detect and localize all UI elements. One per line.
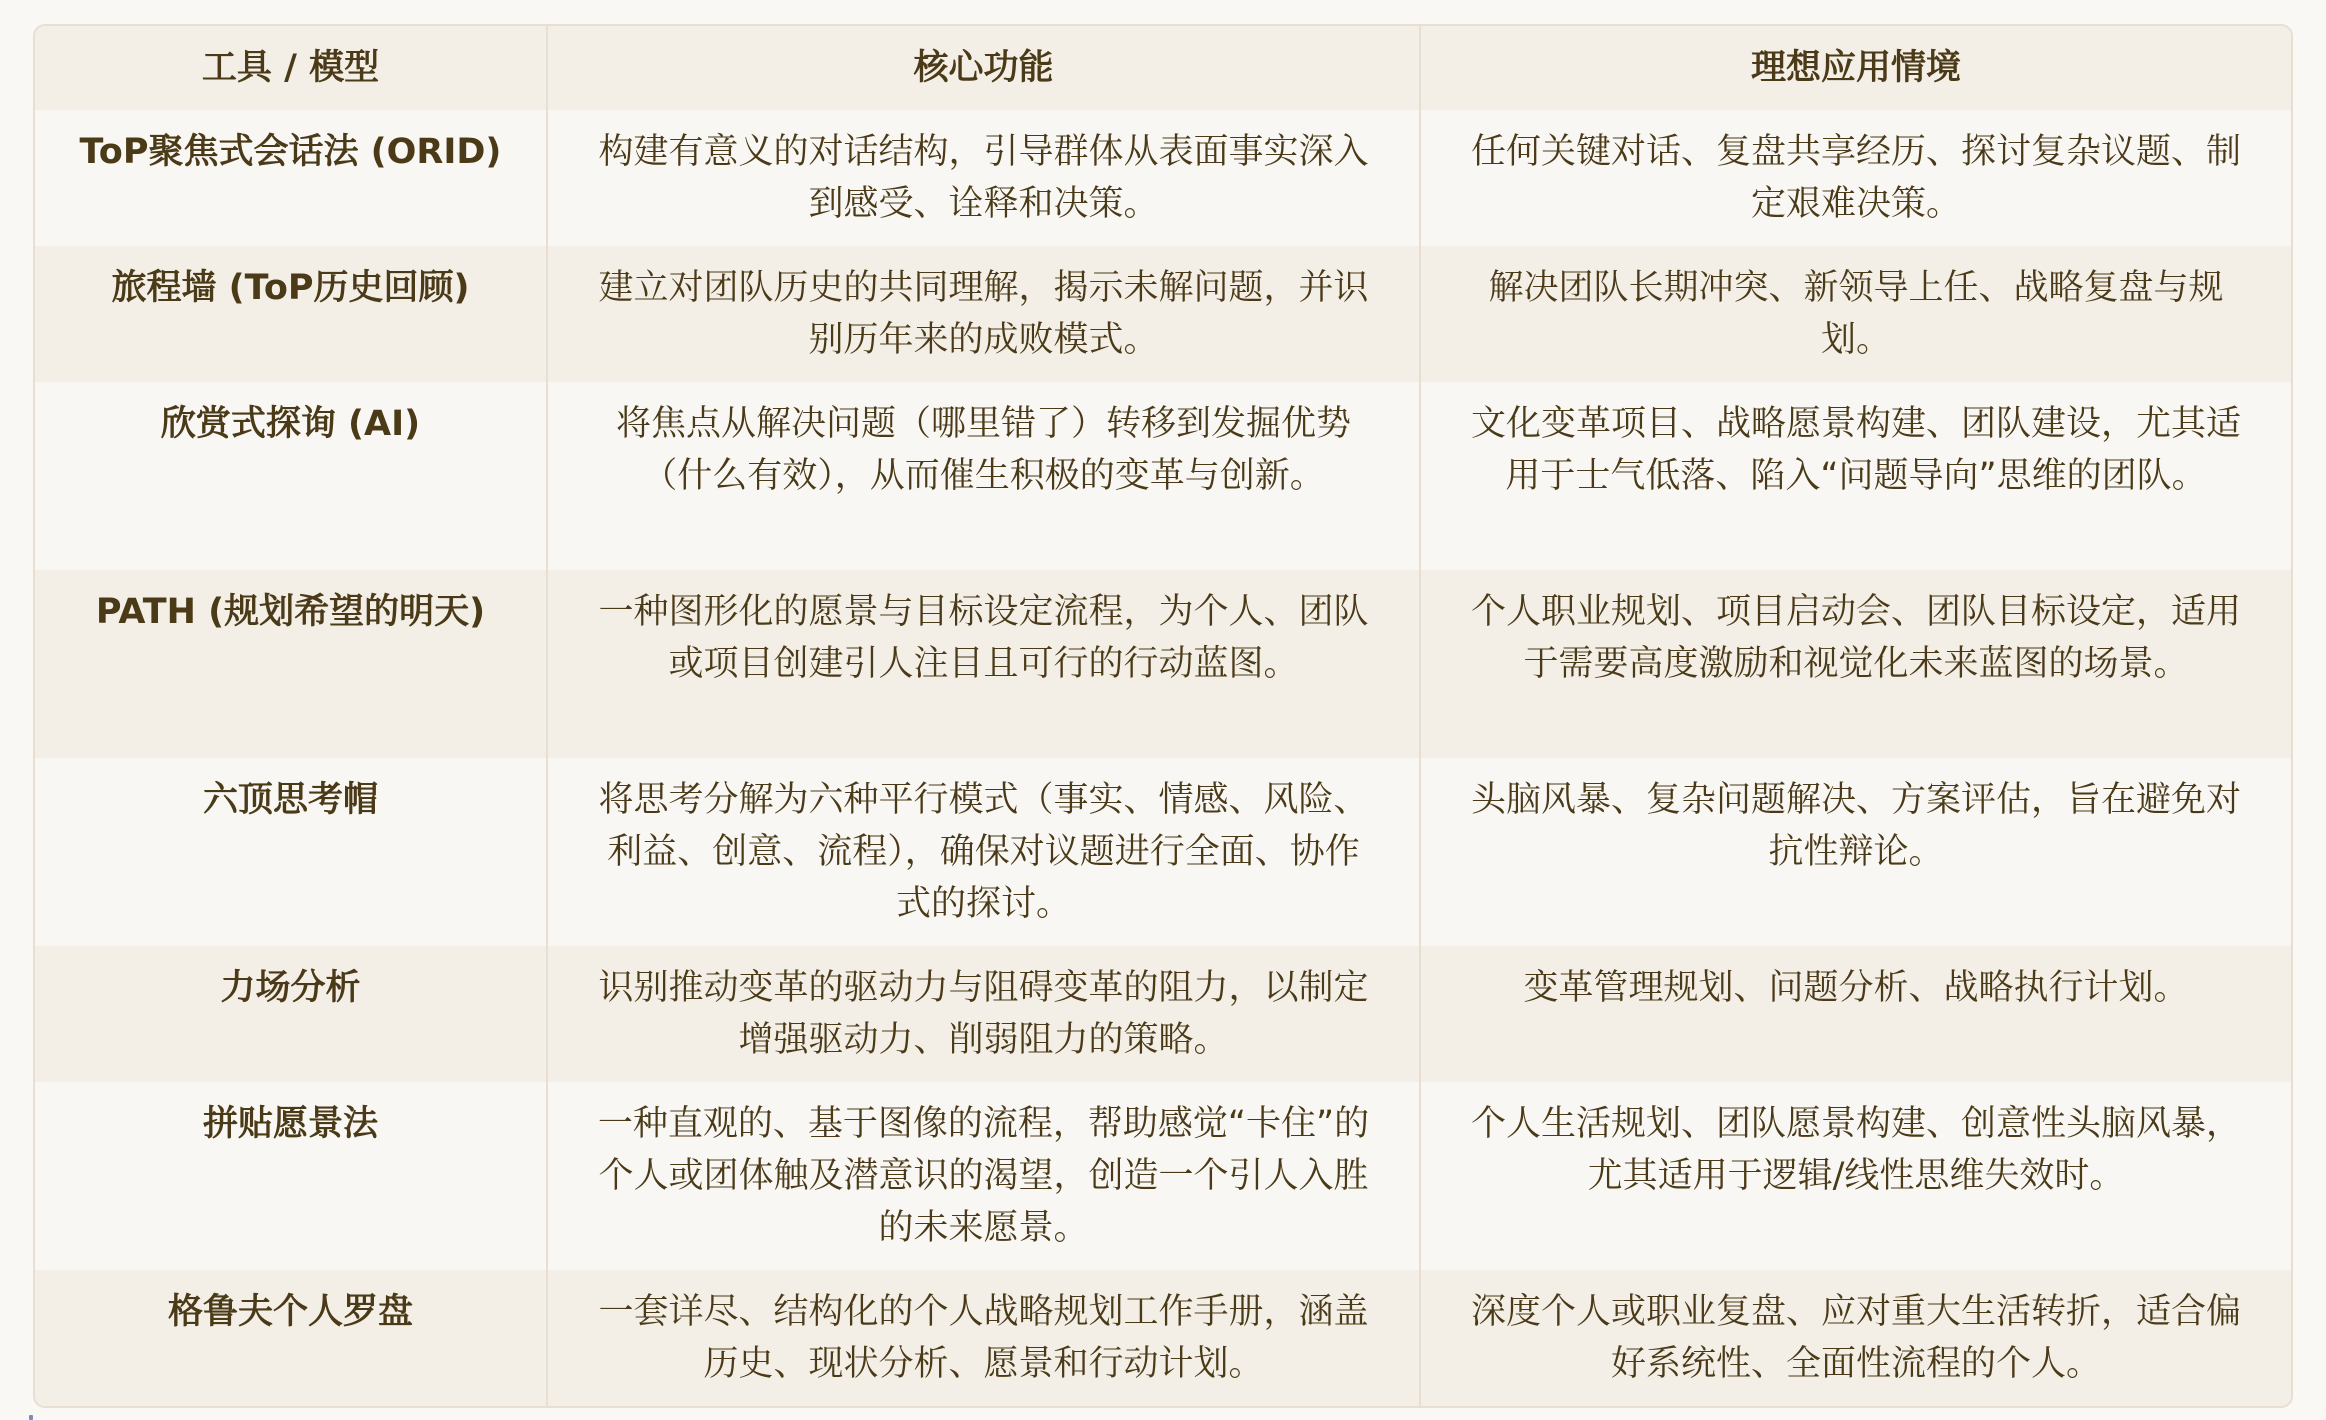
tool-name-cell: 拼贴愿景法 (35, 1082, 547, 1270)
function-cell: 将焦点从解决问题（哪里错了）转移到发掘优势（什么有效），从而催生积极的变革与创新… (547, 382, 1420, 570)
table-row: ToP聚焦式会话法 (ORID) 构建有意义的对话结构，引导群体从表面事实深入到… (35, 110, 2291, 246)
column-header-function: 核心功能 (547, 26, 1420, 110)
table-row: 欣赏式探询 (AI) 将焦点从解决问题（哪里错了）转移到发掘优势（什么有效），从… (35, 382, 2291, 570)
scenario-cell: 个人生活规划、团队愿景构建、创意性头脑风暴，尤其适用于逻辑/线性思维失效时。 (1420, 1082, 2291, 1270)
text-cursor-marker (29, 1415, 33, 1420)
table-row: 拼贴愿景法 一种直观的、基于图像的流程，帮助感觉“卡住”的个人或团体触及潜意识的… (35, 1082, 2291, 1270)
function-cell: 一套详尽、结构化的个人战略规划工作手册，涵盖历史、现状分析、愿景和行动计划。 (547, 1270, 1420, 1406)
tools-comparison-table: 工具 / 模型 核心功能 理想应用情境 ToP聚焦式会话法 (ORID) 构建有… (33, 24, 2293, 1408)
function-cell: 构建有意义的对话结构，引导群体从表面事实深入到感受、诠释和决策。 (547, 110, 1420, 246)
function-cell: 将思考分解为六种平行模式（事实、情感、风险、利益、创意、流程），确保对议题进行全… (547, 758, 1420, 946)
scenario-cell: 变革管理规划、问题分析、战略执行计划。 (1420, 946, 2291, 1082)
tool-name-cell: 格鲁夫个人罗盘 (35, 1270, 547, 1406)
table-row: 旅程墙 (ToP历史回顾) 建立对团队历史的共同理解，揭示未解问题，并识别历年来… (35, 246, 2291, 382)
table-header-row: 工具 / 模型 核心功能 理想应用情境 (35, 26, 2291, 110)
table-row: 格鲁夫个人罗盘 一套详尽、结构化的个人战略规划工作手册，涵盖历史、现状分析、愿景… (35, 1270, 2291, 1406)
tool-name-cell: 力场分析 (35, 946, 547, 1082)
column-header-scenario: 理想应用情境 (1420, 26, 2291, 110)
scenario-cell: 个人职业规划、项目启动会、团队目标设定，适用于需要高度激励和视觉化未来蓝图的场景… (1420, 570, 2291, 758)
function-cell: 一种图形化的愿景与目标设定流程，为个人、团队或项目创建引人注目且可行的行动蓝图。 (547, 570, 1420, 758)
function-cell: 一种直观的、基于图像的流程，帮助感觉“卡住”的个人或团体触及潜意识的渴望，创造一… (547, 1082, 1420, 1270)
table-row: 六顶思考帽 将思考分解为六种平行模式（事实、情感、风险、利益、创意、流程），确保… (35, 758, 2291, 946)
tool-name-cell: ToP聚焦式会话法 (ORID) (35, 110, 547, 246)
scenario-cell: 文化变革项目、战略愿景构建、团队建设，尤其适用于士气低落、陷入“问题导向”思维的… (1420, 382, 2291, 570)
table-row: 力场分析 识别推动变革的驱动力与阻碍变革的阻力，以制定增强驱动力、削弱阻力的策略… (35, 946, 2291, 1082)
tool-name-cell: 六顶思考帽 (35, 758, 547, 946)
scenario-cell: 任何关键对话、复盘共享经历、探讨复杂议题、制定艰难决策。 (1420, 110, 2291, 246)
column-header-tool: 工具 / 模型 (35, 26, 547, 110)
scenario-cell: 深度个人或职业复盘、应对重大生活转折，适合偏好系统性、全面性流程的个人。 (1420, 1270, 2291, 1406)
tool-name-cell: PATH (规划希望的明天) (35, 570, 547, 758)
table: 工具 / 模型 核心功能 理想应用情境 ToP聚焦式会话法 (ORID) 构建有… (35, 26, 2291, 1406)
function-cell: 识别推动变革的驱动力与阻碍变革的阻力，以制定增强驱动力、削弱阻力的策略。 (547, 946, 1420, 1082)
tool-name-cell: 旅程墙 (ToP历史回顾) (35, 246, 547, 382)
table-row: PATH (规划希望的明天) 一种图形化的愿景与目标设定流程，为个人、团队或项目… (35, 570, 2291, 758)
tool-name-cell: 欣赏式探询 (AI) (35, 382, 547, 570)
scenario-cell: 头脑风暴、复杂问题解决、方案评估，旨在避免对抗性辩论。 (1420, 758, 2291, 946)
function-cell: 建立对团队历史的共同理解，揭示未解问题，并识别历年来的成败模式。 (547, 246, 1420, 382)
scenario-cell: 解决团队长期冲突、新领导上任、战略复盘与规划。 (1420, 246, 2291, 382)
